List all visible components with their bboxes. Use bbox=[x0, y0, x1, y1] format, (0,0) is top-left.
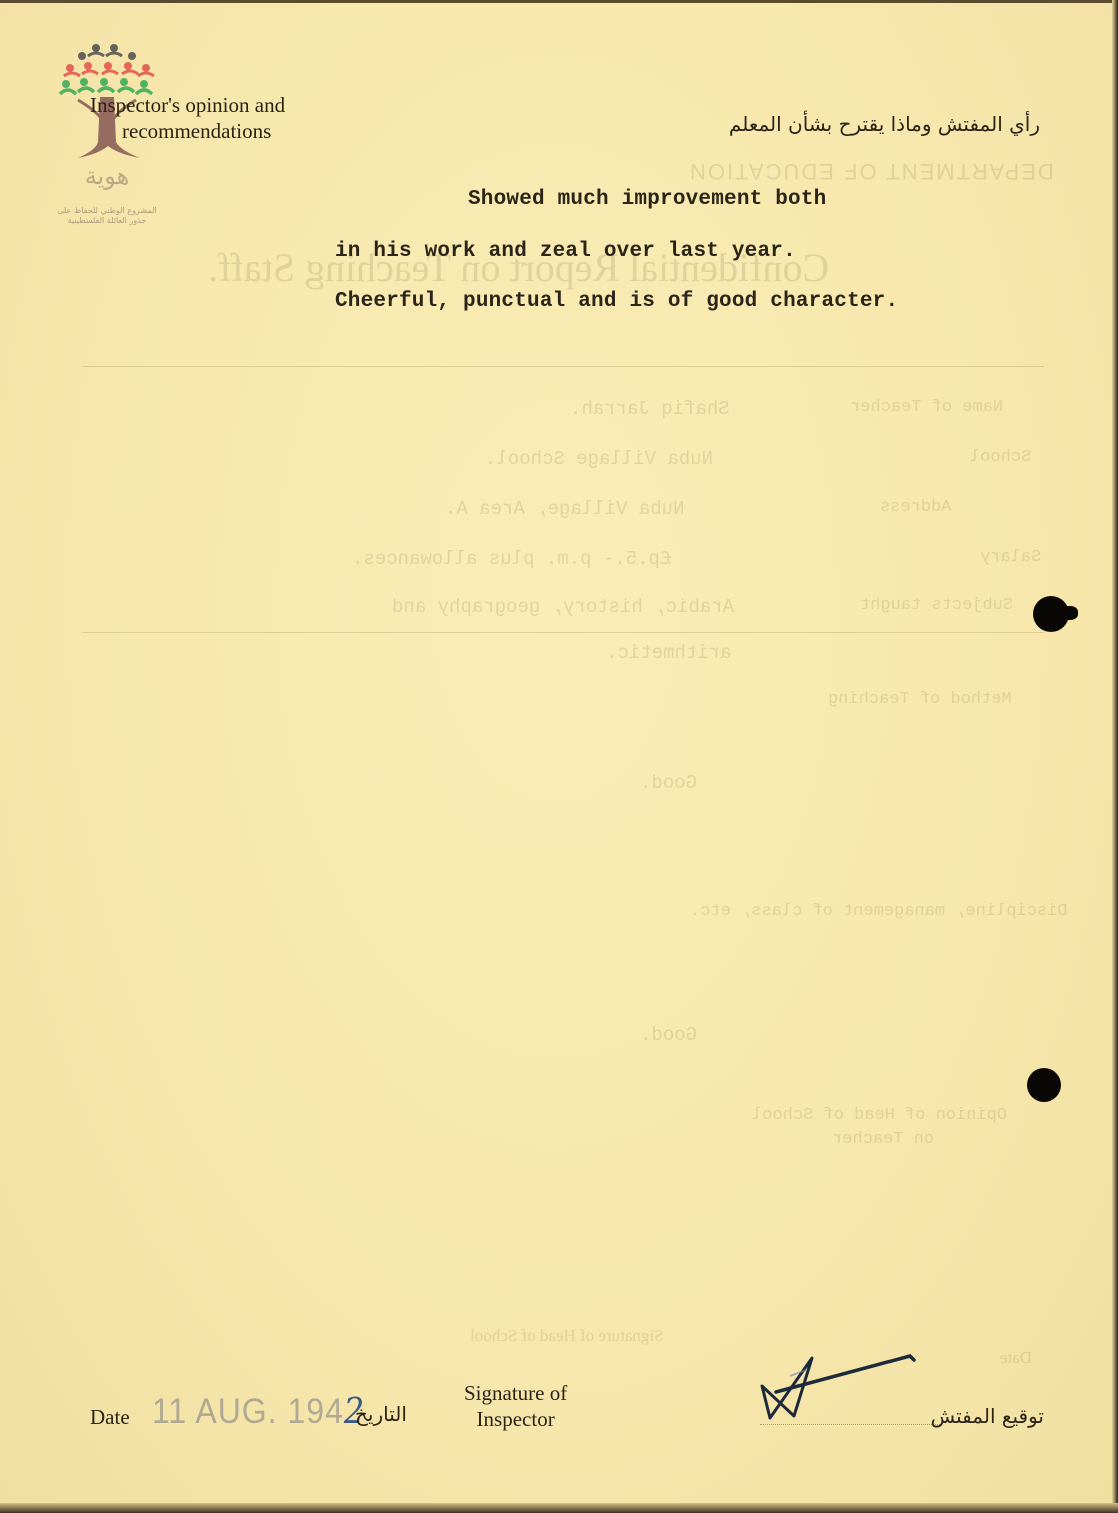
punch-hole-upper-tail bbox=[1058, 606, 1078, 620]
scan-edge-top bbox=[0, 0, 1118, 3]
ghost-field-value: Good. bbox=[640, 1024, 697, 1046]
ghost-field-label: Discipline, management of class, etc. bbox=[690, 902, 1067, 921]
ghost-field-label: Subjects taught bbox=[860, 596, 1013, 615]
ghost-field-label: Date bbox=[1000, 1348, 1032, 1368]
ghost-field-value: Nuba Village, Area A. bbox=[445, 498, 684, 520]
signature-line bbox=[760, 1424, 940, 1425]
date-label: Date bbox=[90, 1404, 130, 1430]
watermark-caption-line2: جذور العائلة الفلسطينية bbox=[52, 216, 162, 226]
inspector-opinion-label-arabic: رأي المفتش وماذا يقترح بشأن المعلم bbox=[729, 112, 1040, 136]
inspector-signature bbox=[752, 1346, 922, 1426]
signature-label-line2: Inspector bbox=[464, 1406, 567, 1432]
watermark-caption: المشروع الوطني للحفاظ على جذور العائلة ا… bbox=[52, 206, 162, 226]
scan-edge-right bbox=[1112, 0, 1118, 1513]
date-stamp: 11 AUG. 1942 bbox=[152, 1390, 365, 1432]
date-label-arabic: التاريخ bbox=[355, 1402, 407, 1426]
ghost-field-value: Arabic, history, geography and bbox=[392, 596, 734, 618]
inspector-opinion-label: Inspector's opinion and recommendations bbox=[90, 92, 285, 144]
signature-label-arabic: توقيع المفتش bbox=[931, 1404, 1044, 1428]
ghost-department: DEPARTMENT OF EDUCATION bbox=[688, 158, 1054, 184]
document-page: DEPARTMENT OF EDUCATION Confidential Rep… bbox=[0, 0, 1112, 1503]
ghost-field-value: arithmetic. bbox=[606, 642, 731, 664]
date-stamp-printed: 11 AUG. 194 bbox=[152, 1391, 344, 1431]
inspector-opinion-label-line2: recommendations bbox=[90, 118, 285, 144]
inspector-opinion-label-line1: Inspector's opinion and bbox=[90, 92, 285, 118]
signature-label-line1: Signature of bbox=[464, 1380, 567, 1406]
remarks-line-2: in his work and zeal over last year. bbox=[335, 240, 796, 263]
ghost-field-label: Signature of Head of School bbox=[470, 1326, 664, 1346]
scan-edge-bottom bbox=[0, 1503, 1118, 1513]
ghost-field-label: Salary bbox=[980, 548, 1041, 567]
ghost-rule-top bbox=[82, 366, 1044, 367]
ghost-field-label: Name of Teacher bbox=[850, 398, 1003, 417]
ghost-rule-mid bbox=[82, 632, 1044, 633]
ghost-field-label: School bbox=[970, 448, 1031, 467]
remarks-line-3: Cheerful, punctual and is of good charac… bbox=[335, 290, 898, 313]
ghost-field-value: Good. bbox=[640, 772, 697, 794]
ghost-field-label: Address bbox=[880, 498, 951, 517]
ghost-field-label: Method of Teaching bbox=[828, 690, 1012, 709]
ghost-field-value: Nuba Village School. bbox=[485, 448, 713, 470]
signature-label: Signature of Inspector bbox=[464, 1380, 567, 1432]
ghost-field-value: £p.5.- p.m. plus allowances. bbox=[352, 548, 671, 570]
watermark-logo-word: هوية bbox=[72, 162, 142, 190]
ghost-field-label: Opinion of Head of School bbox=[752, 1106, 1007, 1125]
remarks-line-1: Showed much improvement both bbox=[468, 188, 826, 211]
ghost-field-label: on Teacher bbox=[832, 1130, 934, 1149]
watermark-caption-line1: المشروع الوطني للحفاظ على bbox=[52, 206, 162, 216]
punch-hole-lower bbox=[1027, 1068, 1061, 1102]
ghost-field-value: Shafiq Jarrah. bbox=[570, 398, 730, 420]
